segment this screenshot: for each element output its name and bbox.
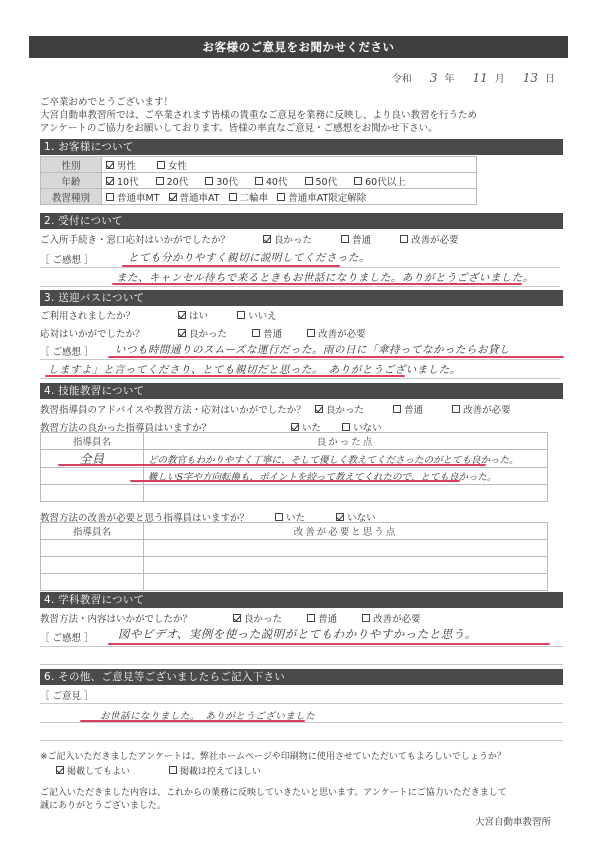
- option-no[interactable]: いいえ: [237, 308, 277, 322]
- instructor-name-cell[interactable]: [41, 557, 144, 574]
- highlight-underline: [130, 480, 460, 482]
- other-comment-label: ［ ご意見 ］: [40, 688, 94, 702]
- col-good-points: 良かった点: [144, 433, 548, 450]
- checkbox-checked-icon[interactable]: [263, 235, 271, 243]
- instructor-name-cell[interactable]: [41, 468, 144, 485]
- gender-label: 性別: [41, 157, 102, 173]
- reception-question: ご入所手続き・窓口応対はいかがでしたか？: [40, 232, 260, 246]
- classroom-question-row: 教習方法・内容はいかがでしたか？ 良かった 普通 改善が必要: [40, 611, 439, 625]
- improve-instructor-table: 指導員名 改善が必要と思う点: [40, 522, 548, 591]
- section-shuttle-bus-header: 3. 送迎バスについて: [40, 290, 563, 306]
- option-at-limit-removal[interactable]: 普通車AT限定解除: [277, 190, 366, 204]
- comment-rule: [40, 267, 560, 268]
- intro-text: ご卒業おめでとうございます！ 大宮自動車教習所では、ご卒業されます皆様の貴重なご…: [40, 96, 477, 135]
- checkbox-icon[interactable]: [452, 405, 460, 413]
- age-label: 年齢: [41, 173, 102, 189]
- checkbox-checked-icon[interactable]: [178, 311, 186, 319]
- option-publish-decline[interactable]: 掲載は控えてほしい: [169, 764, 261, 777]
- checkbox-icon[interactable]: [169, 766, 177, 774]
- checkbox-icon[interactable]: [393, 405, 401, 413]
- checkbox-checked-icon[interactable]: [315, 405, 323, 413]
- option-needs-improvement[interactable]: 改善が必要: [362, 611, 421, 625]
- section-driving-lessons-header: 4. 技能教習について: [40, 383, 563, 399]
- bus-comment-label: ［ ご感想 ］: [40, 344, 94, 358]
- improvement-point-cell[interactable]: [144, 540, 548, 557]
- reception-question-row: ご入所手続き・窓口応対はいかがでしたか？ 良かった 普通 改善が必要: [40, 232, 477, 246]
- option-age-50s[interactable]: 50代: [305, 174, 338, 188]
- gender-row: 性別 男性 女性: [41, 157, 477, 173]
- checkbox-checked-icon[interactable]: [106, 161, 114, 169]
- highlight-underline: [112, 283, 522, 285]
- table-row: [41, 574, 548, 591]
- table-row: [41, 557, 548, 574]
- section-reception-header: 2. 受付について: [40, 213, 563, 229]
- date-month-value[interactable]: 11: [472, 71, 487, 85]
- checkbox-icon[interactable]: [354, 177, 362, 185]
- table-header-row: 指導員名 良かった点: [41, 433, 548, 450]
- date-day-value[interactable]: 13: [523, 71, 538, 85]
- checkbox-icon[interactable]: [305, 177, 313, 185]
- highlight-underline: [108, 643, 550, 645]
- comment-rule: [40, 286, 560, 287]
- checkbox-checked-icon[interactable]: [169, 193, 177, 201]
- classroom-question: 教習方法・内容はいかがでしたか？: [40, 611, 230, 625]
- checkbox-icon[interactable]: [157, 161, 165, 169]
- option-needs-improvement[interactable]: 改善が必要: [400, 232, 459, 246]
- option-age-10s[interactable]: 10代: [106, 174, 139, 188]
- checkbox-checked-icon[interactable]: [56, 766, 64, 774]
- instructor-rating-row: 教習指導員のアドバイスや教習方法・応対はいかがでしたか？ 良かった 普通 改善が…: [40, 402, 529, 416]
- option-normal[interactable]: 普通: [307, 611, 337, 625]
- bus-comment-line-1[interactable]: いつも時間通りのスムーズな運行だった。雨の日に「傘持ってなかったらお貸し: [115, 342, 510, 357]
- good-instructor-table: 指導員名 良かった点 全員 どの教官もわかりやすく丁寧に、そして優しく教えてくだ…: [40, 432, 548, 502]
- age-row: 年齢 10代 20代 30代 40代 50代 60代以上: [41, 173, 477, 189]
- col-instructor-name: 指導員名: [41, 523, 144, 540]
- comment-rule: [40, 722, 563, 723]
- comment-rule: [40, 703, 563, 704]
- checkbox-icon[interactable]: [342, 423, 350, 431]
- option-normal[interactable]: 普通: [393, 402, 423, 416]
- table-row: [41, 540, 548, 557]
- checkbox-icon[interactable]: [307, 614, 315, 622]
- section-customer-header: 1. お客様について: [40, 139, 563, 155]
- instructor-name-cell[interactable]: [41, 574, 144, 591]
- intro-line-3: アンケートのご協力をお願いしております。皆様の率直なご意見・ご感想をお聞かせ下さ…: [40, 122, 477, 135]
- option-female[interactable]: 女性: [157, 158, 187, 172]
- option-age-60s-plus[interactable]: 60代以上: [354, 174, 406, 188]
- col-improvement-points: 改善が必要と思う点: [144, 523, 548, 540]
- checkbox-icon[interactable]: [277, 193, 285, 201]
- checkbox-icon[interactable]: [400, 235, 408, 243]
- checkbox-icon[interactable]: [255, 177, 263, 185]
- good-point-cell[interactable]: [144, 485, 548, 502]
- option-at[interactable]: 普通車AT: [169, 190, 220, 204]
- instructor-name-cell[interactable]: [41, 485, 144, 502]
- comment-rule: [40, 664, 563, 665]
- section-classroom-header: 4. 学科教習について: [40, 592, 563, 608]
- closing-line-1: ご記入いただきました内容は、これからの業務に反映していきたいと思います。アンケー…: [40, 785, 507, 798]
- closing-line-2: 誠にありがとうございました。: [40, 798, 166, 811]
- bus-used-row: ご利用されましたか？ はい いいえ: [40, 308, 295, 322]
- date-year-value[interactable]: 3: [430, 71, 438, 85]
- date-era: 令和: [392, 70, 412, 85]
- option-good[interactable]: 良かった: [315, 402, 364, 416]
- intro-line-2: 大宮自動車教習所では、ご卒業されます皆様の貴重なご意見を業務に反映し、より良い教…: [40, 109, 477, 122]
- option-needs-improvement[interactable]: 改善が必要: [452, 402, 511, 416]
- classroom-comment-line-1[interactable]: 図やビデオ、実例を使った説明がとてもわかりやすかったと思う。: [118, 626, 477, 642]
- comment-rule: [40, 359, 560, 360]
- col-instructor-name: 指導員名: [41, 433, 144, 450]
- classroom-comment-label: ［ ご感想 ］: [40, 630, 94, 644]
- consent-options: 掲載してもよい 掲載は控えてほしい: [56, 764, 279, 777]
- option-motorcycle[interactable]: 二輪車: [229, 190, 269, 204]
- checkbox-icon[interactable]: [205, 177, 213, 185]
- checkbox-checked-icon[interactable]: [336, 513, 344, 521]
- improvement-point-cell[interactable]: [144, 557, 548, 574]
- checkbox-icon[interactable]: [307, 329, 315, 337]
- section-other-header: 6. その他、ご意見等ございましたらご記入下さい: [40, 669, 563, 685]
- date-day-unit: 日: [545, 70, 555, 85]
- bus-used-question: ご利用されましたか？: [40, 308, 175, 322]
- option-needs-improvement[interactable]: 改善が必要: [307, 326, 366, 340]
- option-good[interactable]: 良かった: [263, 232, 312, 246]
- course-type-label: 教習種別: [41, 189, 102, 205]
- bus-service-row: 応対はいかがでしたか？ 良かった 普通 改善が必要: [40, 326, 384, 340]
- option-male[interactable]: 男性: [106, 158, 136, 172]
- checkbox-icon[interactable]: [106, 193, 114, 201]
- checkbox-checked-icon[interactable]: [233, 614, 241, 622]
- table-header-row: 指導員名 改善が必要と思う点: [41, 523, 548, 540]
- option-age-40s[interactable]: 40代: [255, 174, 288, 188]
- checkbox-icon[interactable]: [341, 235, 349, 243]
- comment-rule: [40, 646, 563, 647]
- improvement-point-cell[interactable]: [144, 574, 548, 591]
- highlight-underline: [108, 356, 564, 358]
- checkbox-icon[interactable]: [362, 614, 370, 622]
- form-title: お客様のご意見をお聞かせください: [29, 36, 568, 58]
- form-date: 令和 3 年 11 月 13 日: [392, 70, 555, 85]
- instructor-rating-question: 教習指導員のアドバイスや教習方法・応対はいかがでしたか？: [40, 402, 312, 416]
- date-year-unit: 年: [444, 70, 454, 85]
- comment-rule: [40, 740, 563, 741]
- consent-question: ※ご記入いただきましたアンケートは、弊社ホームページや印刷物に使用させていただい…: [40, 749, 506, 762]
- intro-line-1: ご卒業おめでとうございます！: [40, 96, 477, 109]
- reception-comment-label: ［ ご感想 ］: [40, 252, 94, 266]
- checkbox-icon[interactable]: [252, 329, 260, 337]
- option-good[interactable]: 良かった: [233, 611, 282, 625]
- bus-service-question: 応対はいかがでしたか？: [40, 326, 175, 340]
- highlight-underline: [45, 375, 405, 377]
- option-normal[interactable]: 普通: [341, 232, 371, 246]
- option-good[interactable]: 良かった: [178, 326, 227, 340]
- option-yes[interactable]: はい: [178, 308, 208, 322]
- checkbox-icon[interactable]: [275, 513, 283, 521]
- checkbox-icon[interactable]: [156, 177, 164, 185]
- customer-info-table: 性別 男性 女性 年齢 10代 20代 30代 40代 50代 60代以上 教習…: [40, 156, 477, 205]
- comment-rule: [40, 378, 560, 379]
- course-type-row: 教習種別 普通車MT 普通車AT 二輪車 普通車AT限定解除: [41, 189, 477, 205]
- option-age-20s[interactable]: 20代: [156, 174, 189, 188]
- checkbox-icon[interactable]: [237, 311, 245, 319]
- date-month-unit: 月: [495, 70, 505, 85]
- checkbox-icon[interactable]: [229, 193, 237, 201]
- option-normal[interactable]: 普通: [252, 326, 282, 340]
- checkbox-checked-icon[interactable]: [106, 177, 114, 185]
- school-signature: 大宮自動車教習所: [475, 814, 551, 828]
- option-mt[interactable]: 普通車MT: [106, 190, 160, 204]
- highlight-underline: [58, 464, 486, 466]
- table-row: [41, 485, 548, 502]
- checkbox-checked-icon[interactable]: [178, 329, 186, 337]
- option-publish-ok[interactable]: 掲載してもよい: [56, 764, 130, 777]
- reception-comment-line-1[interactable]: とても分かりやすく親切に説明してくださった。: [128, 250, 370, 265]
- checkbox-checked-icon[interactable]: [291, 423, 299, 431]
- instructor-name-cell[interactable]: [41, 540, 144, 557]
- option-age-30s[interactable]: 30代: [205, 174, 238, 188]
